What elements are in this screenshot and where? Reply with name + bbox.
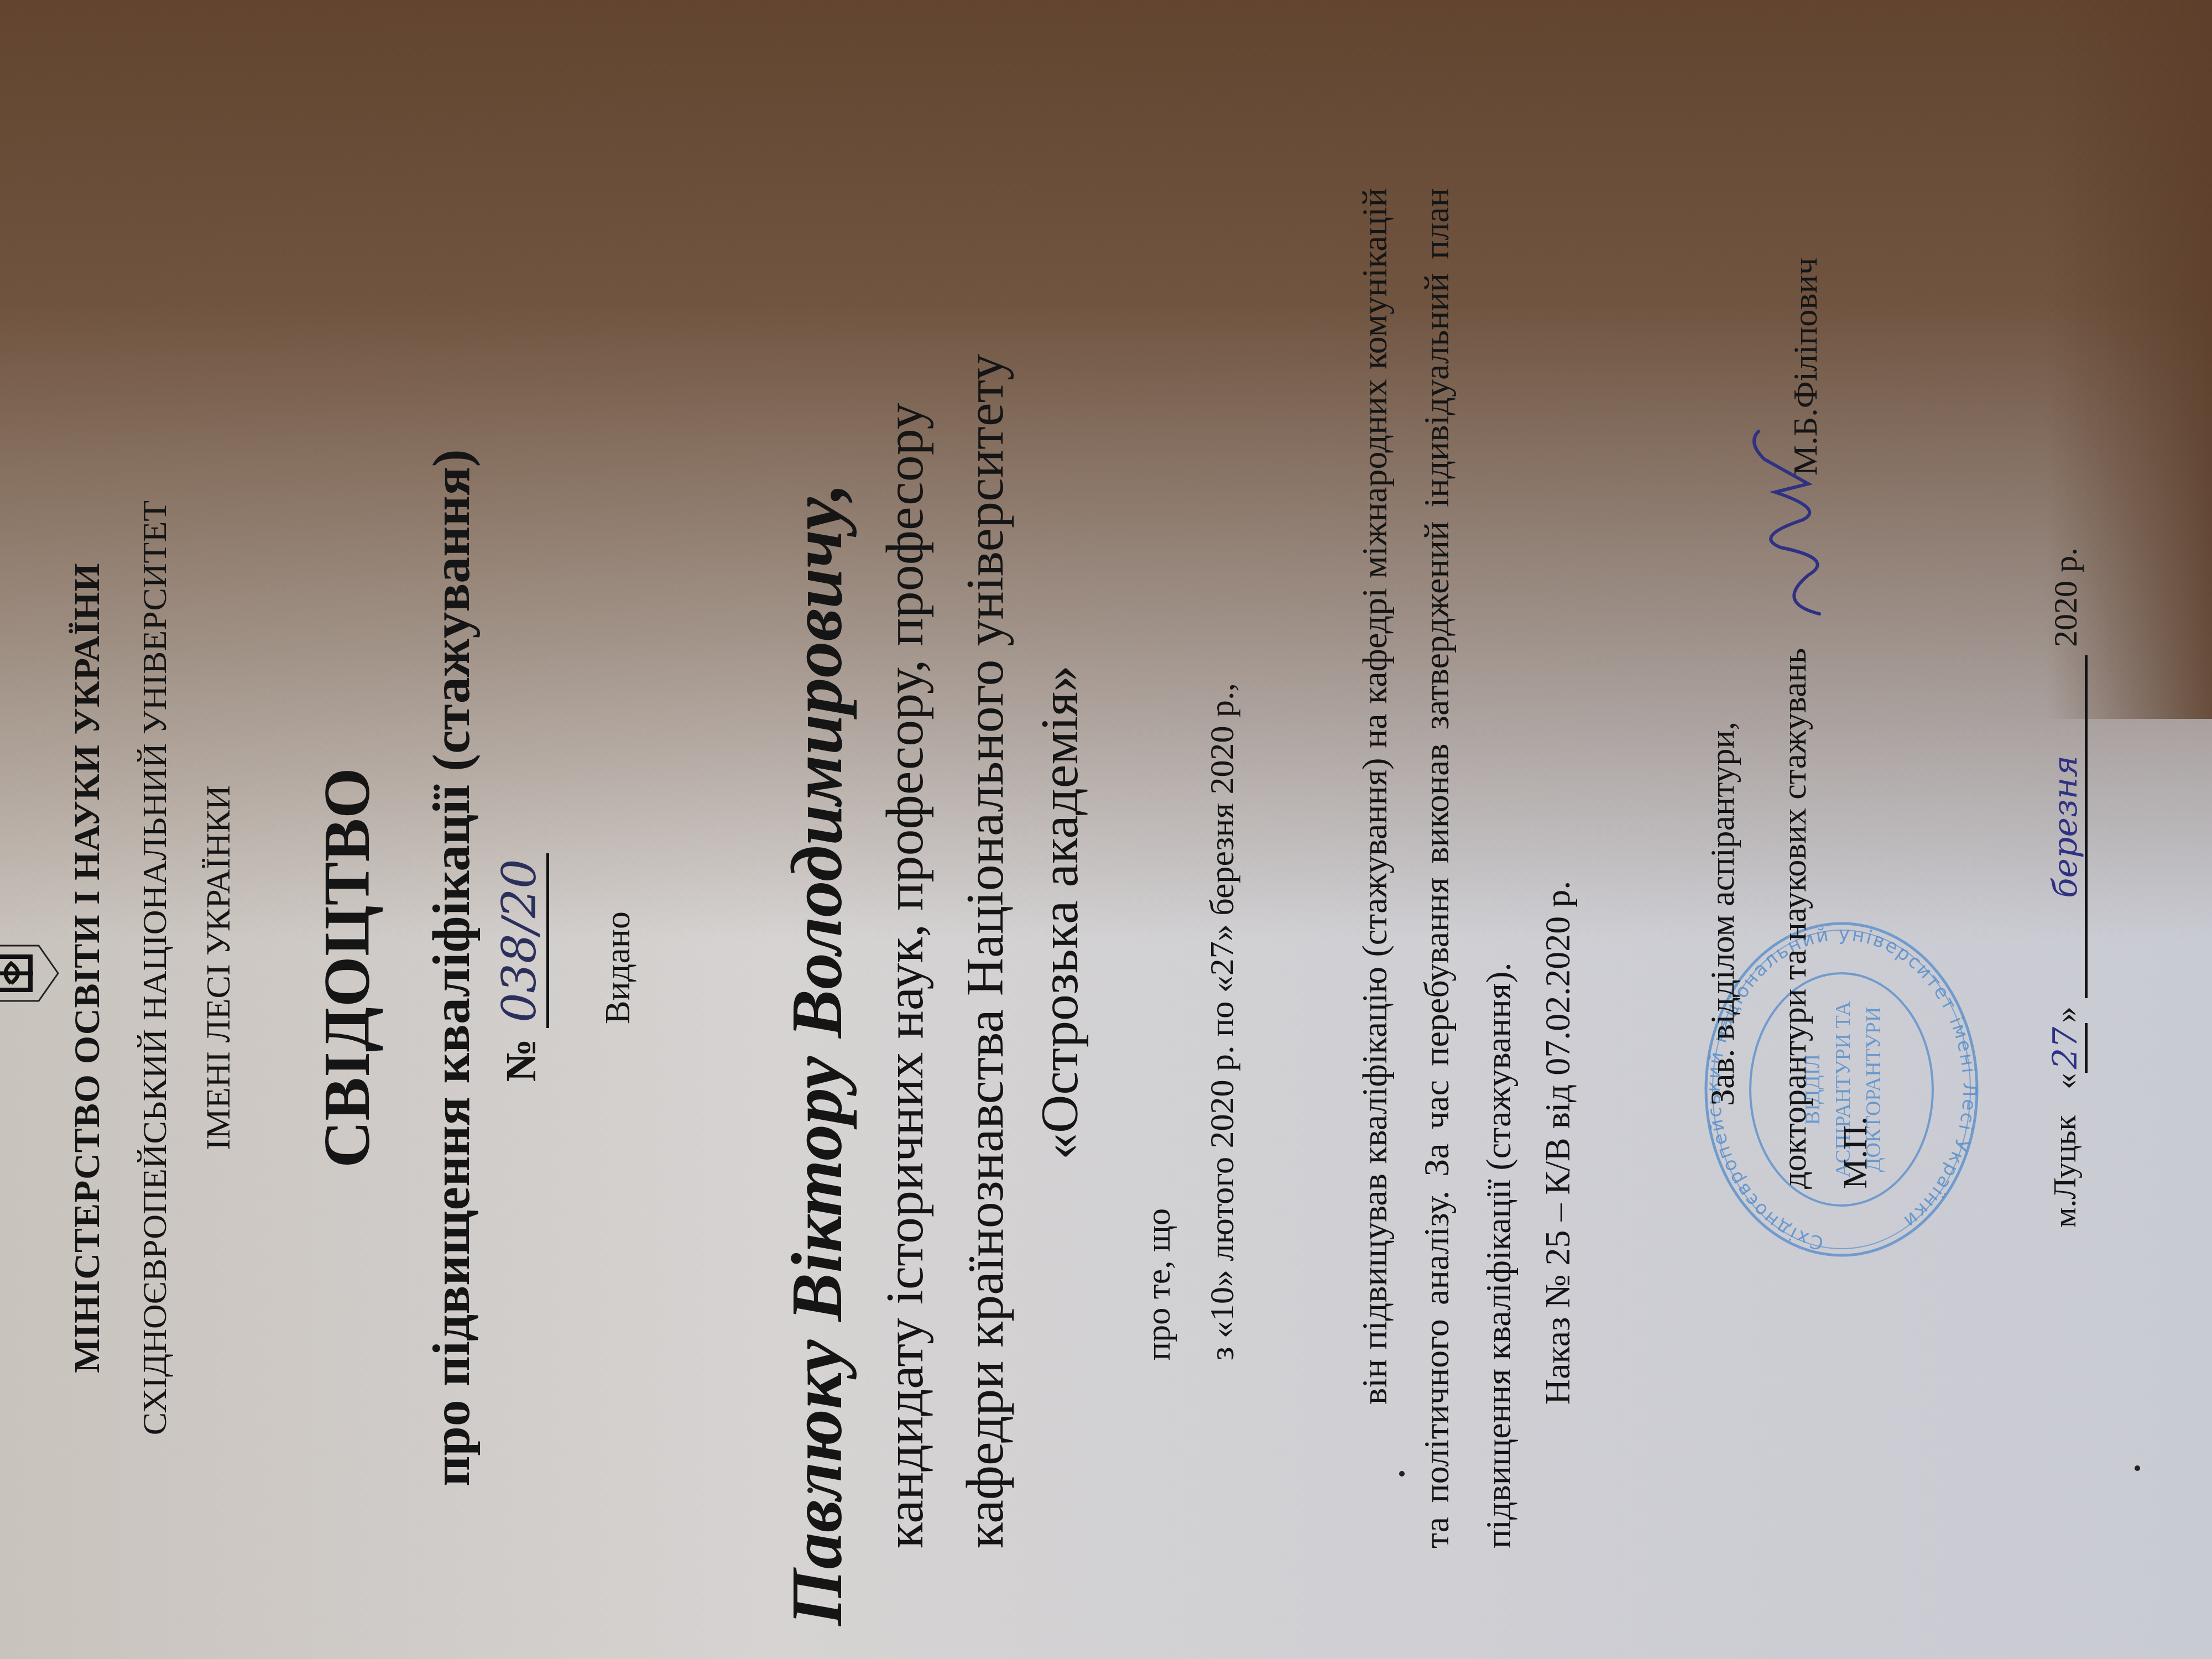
date-year: 2020 р. xyxy=(2047,547,2084,647)
ministry-header: МІНІСТЕРСТВО ОСВІТИ І НАУКИ УКРАЇНИ xyxy=(66,276,108,1659)
internship-period: з «10» лютого 2020 р. по «27» березня 20… xyxy=(1203,683,1242,1360)
university-name-line1: СХІДНОЄВРОПЕЙСЬКИЙ НАЦІОНАЛЬНИЙ УНІВЕРСИ… xyxy=(135,276,175,1659)
date-day-handwritten: 27 xyxy=(2046,1023,2088,1073)
date-month-handwritten: березня xyxy=(2046,655,2088,998)
university-name-line2: ІМЕНІ ЛЕСІ УКРАЇНКИ xyxy=(199,276,238,1659)
signatory-name: М.Б.Філіпович xyxy=(1786,258,1825,476)
seal-label: М.П. xyxy=(1836,1117,1875,1189)
date-open-quote: « xyxy=(2047,1073,2084,1089)
about-label: про те, що xyxy=(1139,1208,1178,1360)
number-label: № xyxy=(497,1039,545,1082)
city: м.Луцьк xyxy=(2046,1115,2083,1228)
signatory-title-line2: докторантури та наукових стажувань xyxy=(1775,648,1814,1189)
recipient-position-line3: «Острозька академія» xyxy=(1029,166,1090,1659)
order-reference: Наказ № 25 – К/В від 07.02.2020 р. xyxy=(1537,881,1578,1405)
speck xyxy=(2135,1465,2140,1471)
coat-of-arms-trident-icon xyxy=(0,940,61,1006)
certificate-subtitle: про підвищення кваліфікації (стажування) xyxy=(420,276,482,1659)
issue-date: «27» березня 2020 р. xyxy=(2046,547,2088,1089)
certificate-number-handwritten: 038/20 xyxy=(492,853,549,1028)
speck xyxy=(1399,1471,1405,1477)
recipient-position-line1: кандидату історичних наук, професору, пр… xyxy=(874,403,935,1548)
date-close-quote: » xyxy=(2047,1006,2084,1023)
signatory-title-line1: Зав. відділом аспірантури, xyxy=(1703,722,1743,1106)
recipient-name: Павлюку Віктору Володимировичу, xyxy=(774,133,859,1626)
issued-label: Видано xyxy=(597,276,638,1659)
certificate-number-row: № 038/20 xyxy=(492,276,549,1659)
speck xyxy=(807,1488,813,1493)
certificate-page: МІНІСТЕРСТВО ОСВІТИ І НАУКИ УКРАЇНИ СХІД… xyxy=(0,0,2212,1659)
body-paragraph: він підвищував кваліфікацію (стажування)… xyxy=(1344,188,1530,1548)
certificate-title: СВІДОЦТВО xyxy=(310,276,385,1659)
recipient-position-line2: кафедри країнознавства Національного уні… xyxy=(954,354,1015,1548)
